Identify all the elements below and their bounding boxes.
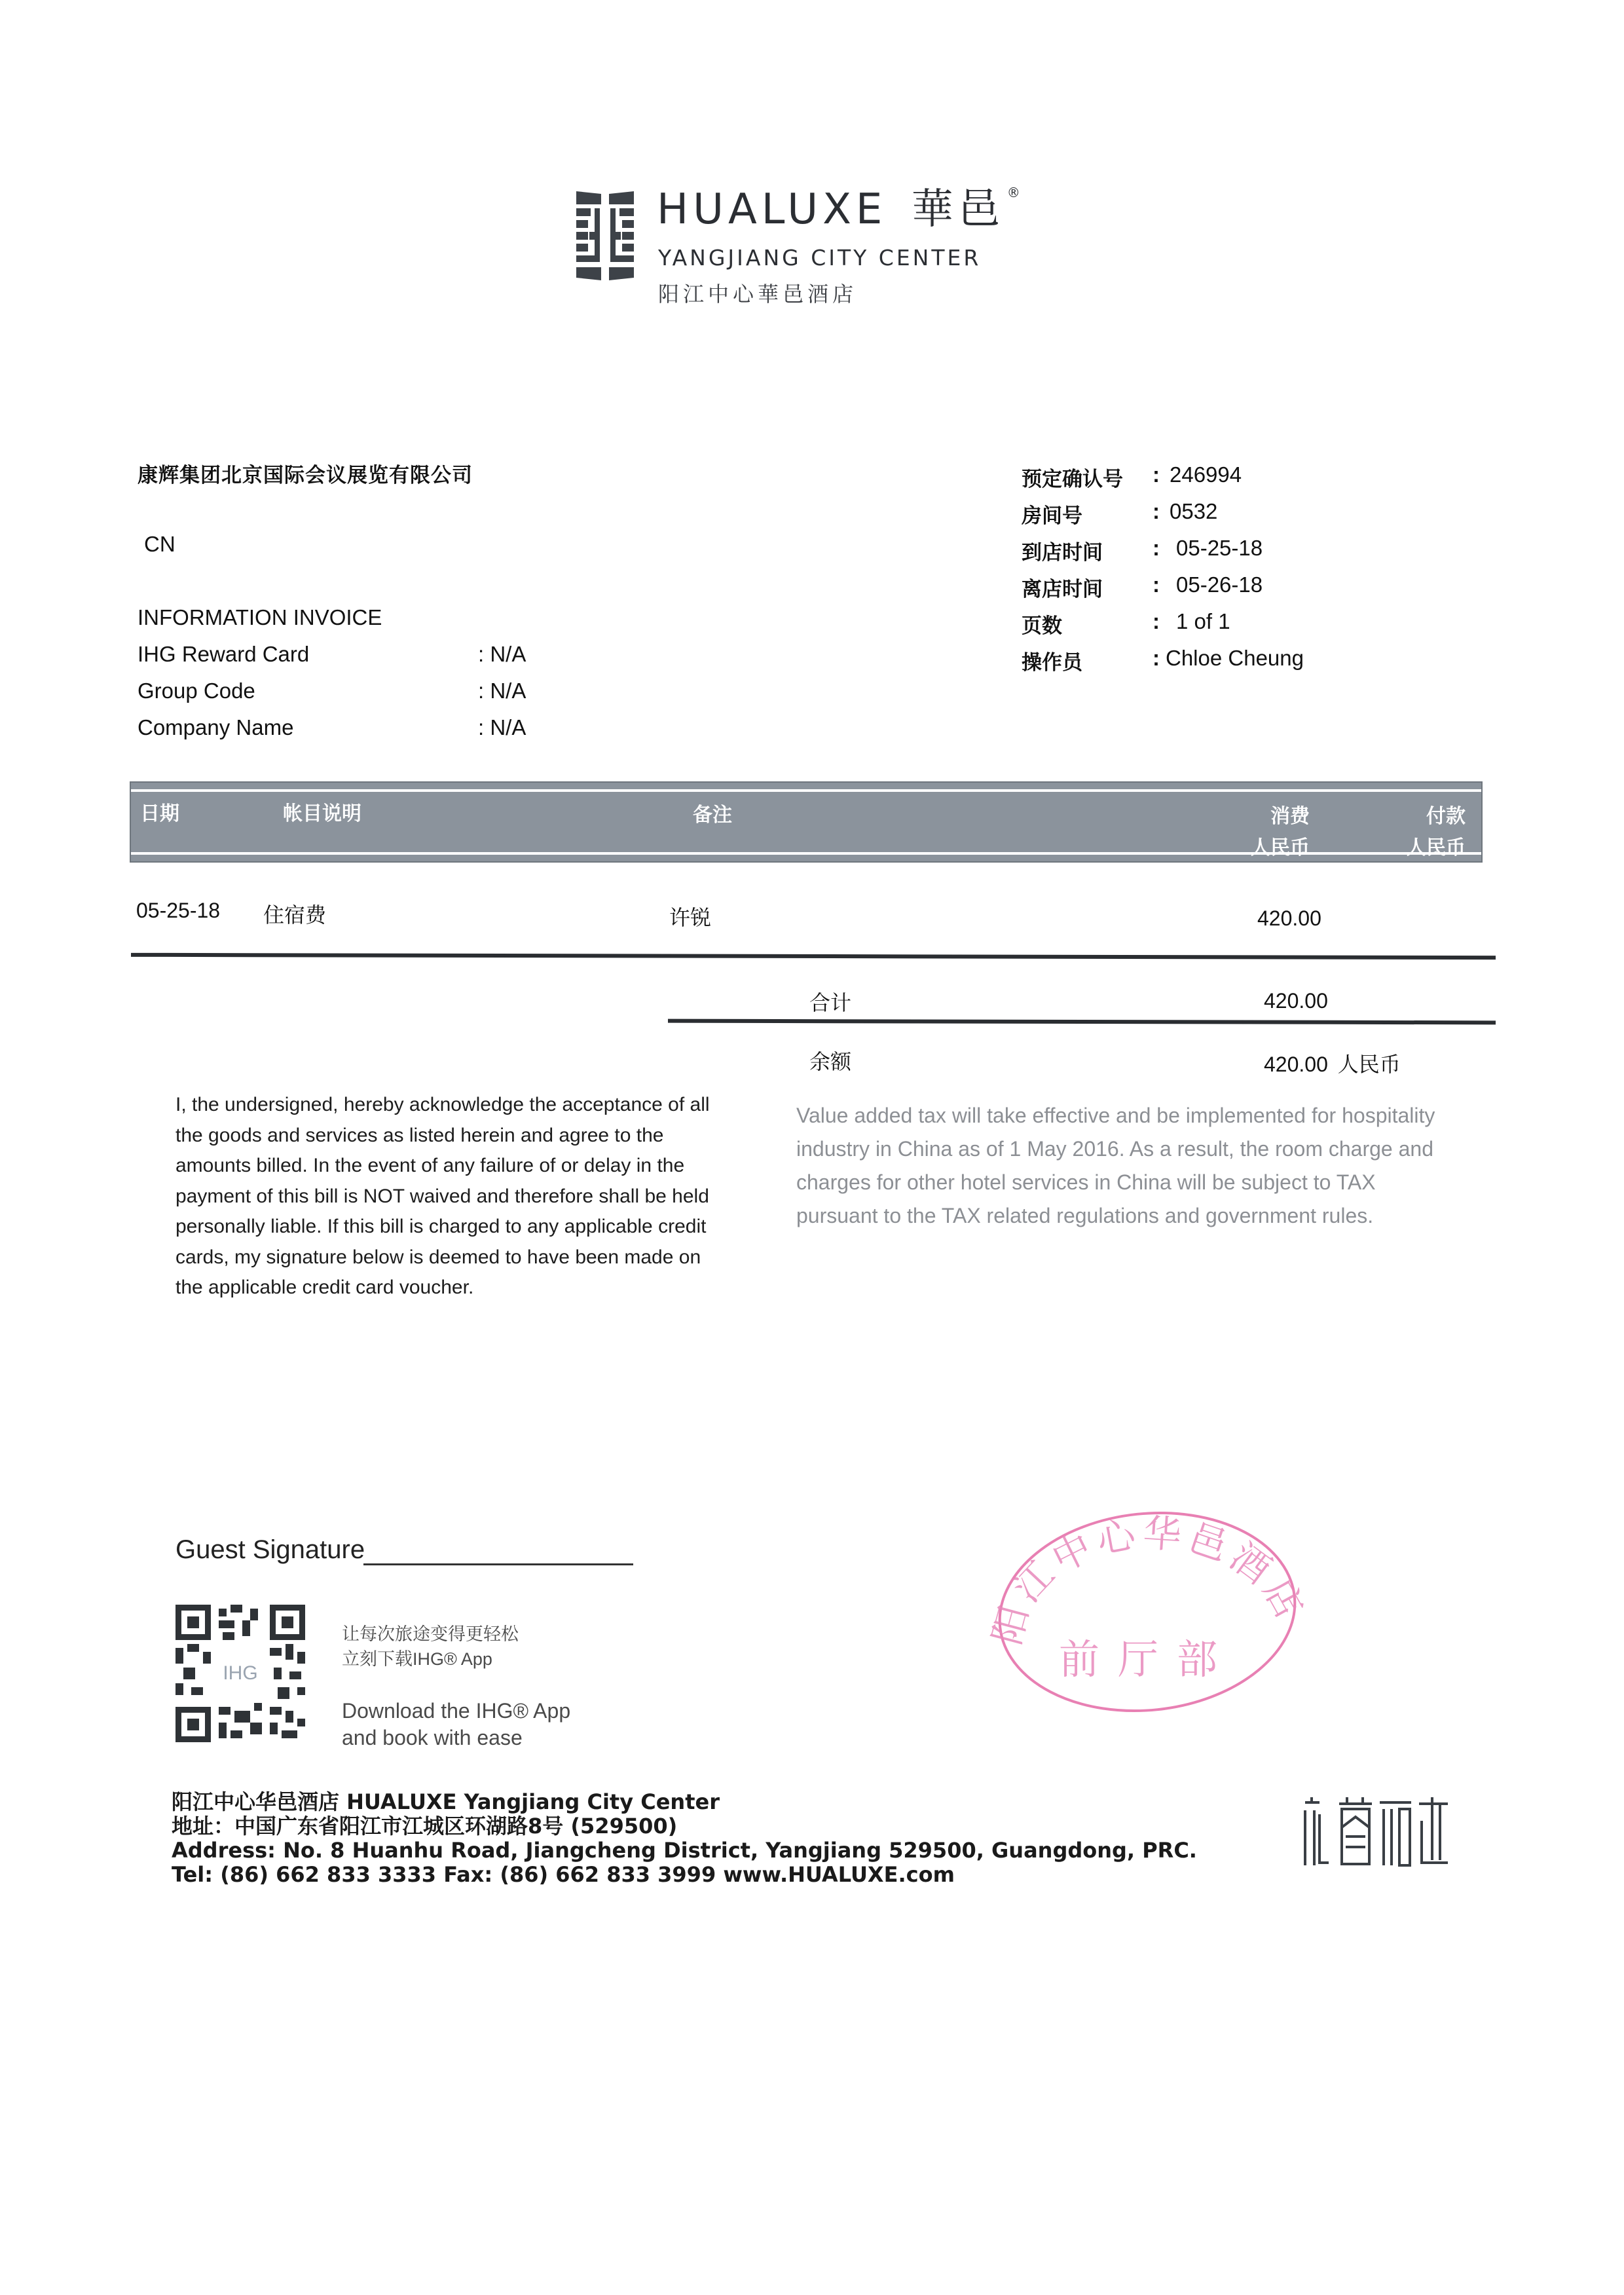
hotel-footer: 阳江中心华邑酒店 HUALUXE Yangjiang City Center 地… — [172, 1790, 1197, 1887]
balance-currency: 人民币 — [1338, 1053, 1401, 1076]
res-colon: : — [1153, 462, 1160, 487]
footer-address-cn: 地址：中国广东省阳江市江城区环湖路8号 (529500) — [172, 1814, 1197, 1838]
footer-hotel-name: 阳江中心华邑酒店 HUALUXE Yangjiang City Center — [172, 1790, 1197, 1814]
brand-subtitle: YANGJIANG CITY CENTER — [658, 245, 981, 271]
balance-amount: 420.00 — [1264, 1053, 1328, 1076]
row-date: 05-25-18 — [136, 899, 220, 923]
res-row-confirmation-number: 预定确认号 : 246994 — [1022, 462, 1388, 490]
row-remarks: 许锐 — [669, 901, 711, 931]
app-promo-cn-line1: 让每次旅途变得更轻松 — [342, 1622, 519, 1647]
res-value: 1 of 1 — [1176, 609, 1230, 634]
guest-signature-line[interactable] — [363, 1563, 633, 1565]
table-header: 日期 帐目说明 备注 消费 人民币 付款 人民币 — [130, 781, 1483, 863]
total-value: 420.00 — [1264, 989, 1328, 1013]
col-date: 日期 — [140, 797, 179, 826]
app-promo-en-line1: Download the IHG® App — [342, 1698, 570, 1725]
info-value: : N/A — [478, 642, 526, 667]
res-colon: : — [1153, 572, 1160, 597]
info-row-company-name: Company Name : N/A — [138, 715, 596, 741]
res-label: 离店时间 — [1022, 572, 1103, 602]
qr-code-icon: IHG — [175, 1605, 305, 1742]
footer-contact: Tel: (86) 662 833 3333 Fax: (86) 662 833… — [172, 1863, 1197, 1887]
res-row-pages: 页数 : 1 of 1 — [1022, 609, 1388, 637]
res-colon: : — [1153, 609, 1160, 634]
res-colon: : — [1153, 646, 1160, 671]
balance-value: 420.00 人民币 — [1264, 1048, 1401, 1078]
res-row-departure: 离店时间 : 05-26-18 — [1022, 572, 1388, 600]
col-remarks: 备注 — [693, 798, 732, 827]
res-value: 05-26-18 — [1176, 572, 1263, 597]
app-promo-en: Download the IHG® App and book with ease — [342, 1698, 570, 1751]
guest-country: CN — [144, 532, 175, 557]
footer-address-en: Address: No. 8 Huanhu Road, Jiangcheng D… — [172, 1838, 1197, 1863]
res-value: 246994 — [1170, 462, 1242, 487]
brand-name-cn: 華邑 — [912, 185, 1005, 234]
items-divider — [131, 953, 1496, 960]
info-label: IHG Reward Card — [138, 642, 309, 667]
res-value: 0532 — [1170, 499, 1217, 524]
res-label: 房间号 — [1022, 499, 1082, 529]
res-value: Chloe Cheung — [1166, 646, 1304, 671]
total-label: 合计 — [809, 986, 851, 1017]
row-charges: 420.00 — [1257, 906, 1321, 931]
app-promo-en-line2: and book with ease — [342, 1725, 570, 1751]
res-label: 操作员 — [1022, 646, 1082, 675]
info-row-ihg-reward-card: IHG Reward Card : N/A — [138, 642, 596, 668]
brand-name-en: HUALUXE — [657, 185, 887, 234]
res-colon: : — [1153, 536, 1160, 561]
guest-company-name: 康辉集团北京国际会议展览有限公司 — [138, 458, 473, 488]
balance-label: 余额 — [809, 1045, 851, 1075]
invoice-title: INFORMATION INVOICE — [138, 605, 382, 630]
res-row-arrival: 到店时间 : 05-25-18 — [1022, 536, 1388, 563]
col-charges-currency: 人民币 — [1251, 831, 1310, 860]
info-label: Company Name — [138, 715, 293, 740]
hualuxe-gate-logo-icon — [576, 191, 634, 280]
header-rule — [131, 789, 1481, 792]
brand-name: HUALUXE 華邑® — [657, 189, 1025, 231]
svg-text:阳江中心华邑酒店: 阳江中心华邑酒店 — [984, 1510, 1315, 1649]
res-label: 预定确认号 — [1022, 462, 1123, 492]
guest-signature-label: Guest Signature — [175, 1535, 365, 1565]
vat-notice: Value added tax will take effective and … — [796, 1099, 1445, 1233]
app-promo-cn: 让每次旅途变得更轻松 立刻下载IHG® App — [342, 1622, 519, 1671]
res-row-operator: 操作员 : Chloe Cheung — [1022, 646, 1388, 673]
terms-acknowledgement: I, the undersigned, hereby acknowledge t… — [175, 1090, 726, 1303]
res-label: 到店时间 — [1022, 536, 1103, 565]
res-row-room-number: 房间号 : 0532 — [1022, 499, 1388, 527]
totals-divider — [668, 1019, 1496, 1025]
col-payments: 付款 — [1426, 800, 1466, 829]
info-value: : N/A — [478, 715, 526, 740]
calligraphy-slogan-icon — [1300, 1795, 1450, 1867]
row-description: 住宿费 — [263, 899, 326, 929]
front-office-stamp-icon: 阳江中心华邑酒店 前厅部 — [976, 1483, 1316, 1719]
stamp-center-text: 前厅部 — [1059, 1635, 1236, 1683]
col-description: 帐目说明 — [283, 797, 361, 826]
info-value: : N/A — [478, 679, 526, 703]
res-colon: : — [1153, 499, 1160, 524]
res-value: 05-25-18 — [1176, 536, 1263, 561]
brand-subtitle-cn: 阳江中心華邑酒店 — [658, 278, 857, 308]
res-label: 页数 — [1022, 609, 1062, 639]
registered-mark: ® — [1007, 185, 1025, 200]
info-label: Group Code — [138, 679, 255, 703]
app-promo-cn-line2: 立刻下载IHG® App — [342, 1647, 519, 1671]
stamp-ring-text: 阳江中心华邑酒店 — [984, 1510, 1315, 1649]
col-charges: 消费 — [1270, 800, 1310, 829]
qr-ihg-mark: IHG — [223, 1662, 257, 1684]
col-payments-currency: 人民币 — [1407, 831, 1466, 860]
info-row-group-code: Group Code : N/A — [138, 679, 596, 705]
